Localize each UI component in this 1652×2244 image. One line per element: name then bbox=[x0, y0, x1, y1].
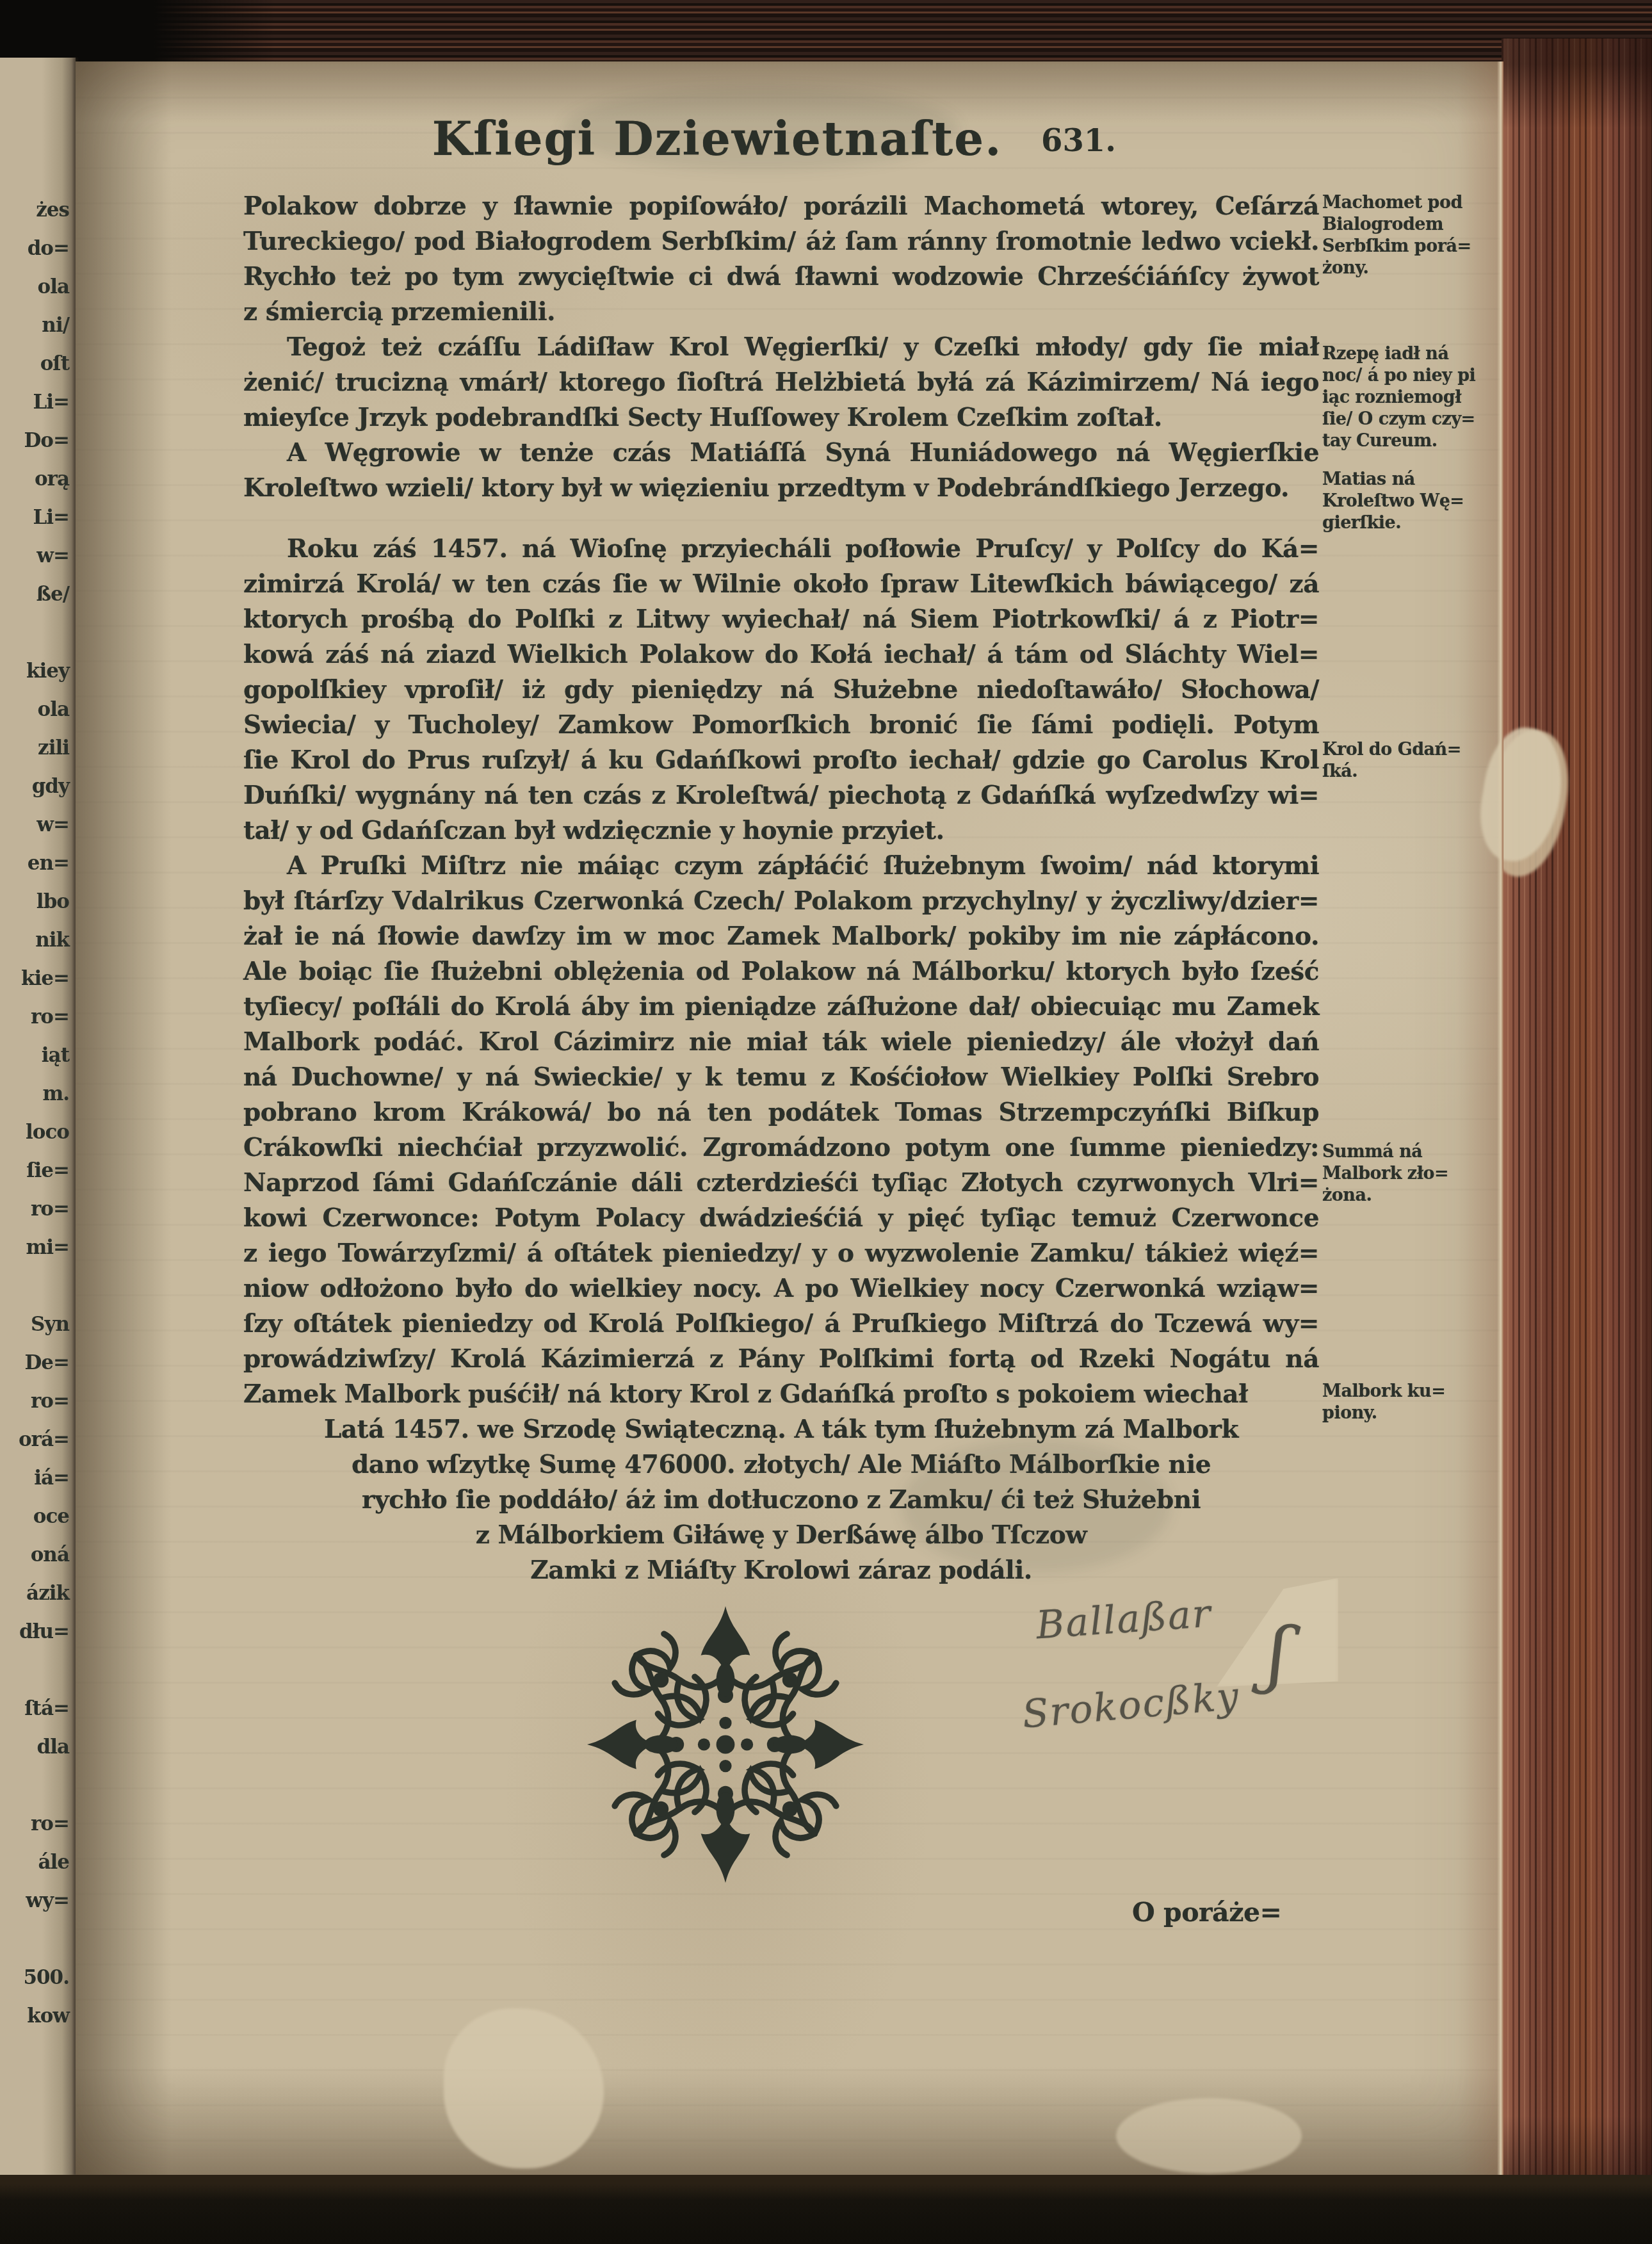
left-page-text-fragment: ni/ bbox=[0, 306, 76, 345]
left-page-text-fragment: ſtá= bbox=[0, 1689, 76, 1728]
body-text-line: gopolſkiey vproſił/ iż gdy pieniędzy ná … bbox=[243, 672, 1319, 708]
left-page-text-fragment: oná bbox=[0, 1536, 76, 1574]
body-text-line: dano wſzytkę Sumę 476000. złotych/ Ale M… bbox=[243, 1447, 1319, 1483]
margin-note: Machomet pod Bialogrodem Serbſkim porá= … bbox=[1322, 192, 1471, 279]
body-text-line: z śmiercią przemienili. bbox=[243, 295, 1319, 330]
body-text-line: był ſtárſzy Vdalrikus Czerwonká Czech/ P… bbox=[243, 884, 1319, 919]
book-bottom-shadow bbox=[0, 2175, 1652, 2244]
body-text-line: Ale boiąc ſie ſłużebni oblężenia od Pola… bbox=[243, 954, 1319, 989]
body-text-line: z iego Towárzyſzmi/ á oſtátek pieniedzy/… bbox=[243, 1236, 1319, 1271]
body-text-line: Malbork podáć. Krol Cázimirz nie miał tá… bbox=[243, 1025, 1319, 1060]
body-text-line: ſie Krol do Prus ruſzył/ á ku Gdańſkowi … bbox=[243, 743, 1319, 778]
body-text-line: Rychło też po tym zwycięſtwie ci dwá ſła… bbox=[243, 259, 1319, 295]
paper-repair-patch bbox=[1116, 2098, 1302, 2174]
left-page-text-fragment: w= bbox=[0, 537, 76, 575]
body-text-line: Zamki z Miáſty Krolowi záraz podáli. bbox=[243, 1553, 1319, 1588]
left-page-text-fragment: oſt bbox=[0, 345, 76, 383]
left-page-text-fragment: Do= bbox=[0, 421, 76, 460]
margin-note: Krol do Gdań= ſká. bbox=[1322, 739, 1461, 783]
body-text-line: mieyſce Jrzyk podebrandſki Secty Huſſowe… bbox=[243, 400, 1319, 435]
facing-page-text-fragments: żesdo=olani/oſtLi=Do=orąLi=w=ße/kieyolaz… bbox=[0, 58, 76, 2035]
left-page-text-fragment: 500. bbox=[0, 1958, 76, 1997]
left-page-text-fragment: ola bbox=[0, 690, 76, 729]
body-text-line: żał ie ná ſłowie dawſzy im w moc Zamek M… bbox=[243, 919, 1319, 954]
body-text-line: A Węgrowie w tenże czás Matiáſſá Syná Hu… bbox=[243, 435, 1319, 471]
left-page-text-fragment: ro= bbox=[0, 1382, 76, 1420]
left-page-text-fragment: ße/ bbox=[0, 575, 76, 614]
body-text-line: ſzy oſtátek pieniedzy od Krolá Polſkiego… bbox=[243, 1306, 1319, 1342]
left-page-text-fragment: Li= bbox=[0, 498, 76, 537]
body-text-line: niow odłożono było do wielkiey nocy. A p… bbox=[243, 1271, 1319, 1306]
handwritten-signature-line2: Srokocßky bbox=[1021, 1673, 1242, 1737]
left-page-text-fragment: nik bbox=[0, 921, 76, 959]
body-text-line: Naprzod ſámi Gdańſczánie dáli czterdzieś… bbox=[243, 1166, 1319, 1201]
body-text-line: Crákowſki niechćiał przyzwolić. Zgromádz… bbox=[243, 1130, 1319, 1166]
left-page-text-fragment: lbo bbox=[0, 882, 76, 921]
body-text-line: Polakow dobrze y ſławnie popiſowáło/ por… bbox=[243, 189, 1319, 224]
left-page-text-fragment: dłu= bbox=[0, 1613, 76, 1651]
body-text-line: tał/ y od Gdańſczan był wdzięcznie y hoy… bbox=[243, 813, 1319, 849]
left-page-text-fragment: mi= bbox=[0, 1228, 76, 1267]
margin-note: Summá ná Malbork zło= żona. bbox=[1322, 1141, 1448, 1207]
body-text-line: rychło ſie poddáło/ áż im dotłuczono z Z… bbox=[243, 1483, 1319, 1518]
book-top-page-edges bbox=[0, 0, 1652, 61]
left-page-text-fragment: ro= bbox=[0, 1190, 76, 1228]
left-page-text-fragment bbox=[0, 1920, 76, 1958]
margin-note: Malbork ku= piony. bbox=[1322, 1381, 1445, 1424]
left-page-text-fragment bbox=[0, 1766, 76, 1805]
left-page-text-fragment: loco bbox=[0, 1113, 76, 1151]
facing-page-sliver: żesdo=olani/oſtLi=Do=orąLi=w=ße/kieyolaz… bbox=[0, 58, 76, 2175]
body-text-line: prowádziwſzy/ Krolá Kázimierzá z Pány Po… bbox=[243, 1342, 1319, 1377]
body-text-line: zimirzá Krolá/ w ten czás ſie w Wilnie o… bbox=[243, 567, 1319, 602]
handwritten-signature-line1: Ballaßar bbox=[1035, 1591, 1213, 1648]
body-text-line: Latá 1457. we Srzodę Swiąteczną. A ták t… bbox=[243, 1412, 1319, 1447]
left-page-text-fragment: en= bbox=[0, 844, 76, 882]
left-page-text-fragment: orá= bbox=[0, 1420, 76, 1459]
left-page-text-fragment: De= bbox=[0, 1344, 76, 1382]
body-text-line: Tureckiego/ pod Białogrodem Serbſkim/ áż… bbox=[243, 224, 1319, 259]
left-page-text-fragment: Syn bbox=[0, 1305, 76, 1344]
left-page-text-fragment: kiey bbox=[0, 652, 76, 690]
body-text-line: kowá záś ná ziazd Wielkich Polakow do Ko… bbox=[243, 637, 1319, 672]
page-right-edge-highlight bbox=[1497, 61, 1503, 2175]
left-page-text-fragment: iąt bbox=[0, 1036, 76, 1075]
book-page: Kſiegi Dziewietnaſte. 631. Polakow dobrz… bbox=[76, 61, 1502, 2175]
body-text-column: Polakow dobrze y ſławnie popiſowáło/ por… bbox=[243, 189, 1319, 1588]
body-text-line: Roku záś 1457. ná Wioſnę przyiecháli poſ… bbox=[243, 532, 1319, 567]
left-page-text-fragment: orą bbox=[0, 460, 76, 498]
left-page-text-fragment: w= bbox=[0, 806, 76, 844]
left-page-text-fragment: ále bbox=[0, 1843, 76, 1882]
left-page-text-fragment bbox=[0, 614, 76, 652]
left-page-text-fragment: kow bbox=[0, 1997, 76, 2035]
body-text-line: tyſiecy/ poſłáli do Krolá áby im pieniąd… bbox=[243, 989, 1319, 1025]
book-fore-edge-pages bbox=[1502, 38, 1652, 2244]
left-page-text-fragment: ola bbox=[0, 268, 76, 306]
left-page-text-fragment: do= bbox=[0, 229, 76, 268]
body-text-line: pobrano krom Krákowá/ bo ná ten podátek … bbox=[243, 1095, 1319, 1130]
left-page-text-fragment: ro= bbox=[0, 998, 76, 1036]
left-page-text-fragment: gdy bbox=[0, 767, 76, 806]
body-text-line: żenić/ trucizną vmárł/ ktorego ſioſtrá H… bbox=[243, 365, 1319, 400]
left-page-text-fragment: wy= bbox=[0, 1882, 76, 1920]
printer-ornament-fleuron bbox=[572, 1584, 879, 1905]
left-page-text-fragment: oce bbox=[0, 1497, 76, 1536]
margin-note: Rzepę iadł ná noc/ á po niey pi iąc rozn… bbox=[1322, 343, 1475, 452]
page-number: 631. bbox=[1041, 123, 1116, 159]
left-page-text-fragment: Li= bbox=[0, 383, 76, 421]
body-text-line: A Pruſki Miſtrz nie máiąc czym zápłáćić … bbox=[243, 849, 1319, 884]
body-text-line: ná Duchowne/ y ná Swieckie/ y k temu z K… bbox=[243, 1060, 1319, 1095]
left-page-text-fragment: kie= bbox=[0, 959, 76, 998]
left-page-text-fragment: m. bbox=[0, 1075, 76, 1113]
left-page-text-fragment: ázik bbox=[0, 1574, 76, 1613]
body-text-line: ktorych prośbą do Polſki z Litwy wyiecha… bbox=[243, 602, 1319, 637]
left-page-text-fragment bbox=[0, 1651, 76, 1689]
left-page-text-fragment: zili bbox=[0, 729, 76, 767]
left-page-text-fragment: ro= bbox=[0, 1805, 76, 1843]
catchword: O poráże= bbox=[1132, 1897, 1281, 1928]
margin-note: Matias ná Kroleſtwo Wę= gierſkie. bbox=[1322, 469, 1464, 534]
left-page-text-fragment: iá= bbox=[0, 1459, 76, 1497]
body-text-line: Duńſki/ wygnány ná ten czás z Kroleſtwá/… bbox=[243, 778, 1319, 813]
body-text-line: kowi Czerwonce: Potym Polacy dwádzieśćiá… bbox=[243, 1201, 1319, 1236]
left-page-text-fragment bbox=[0, 1267, 76, 1305]
body-text-line: Kroleſtwo wzieli/ ktory był w więzieniu … bbox=[243, 471, 1319, 506]
body-text-line: z Málborkiem Giłáwę y Derßáwę álbo Tſczo… bbox=[243, 1518, 1319, 1553]
paper-repair-patch bbox=[444, 2008, 604, 2168]
left-page-text-fragment: dla bbox=[0, 1728, 76, 1766]
body-text-line: Zamek Malbork puśćił/ ná ktory Krol z Gd… bbox=[243, 1377, 1319, 1412]
body-text-line: Tegoż też czáſſu Ládiſław Krol Węgierſki… bbox=[243, 330, 1319, 365]
left-page-text-fragment: żes bbox=[0, 191, 76, 229]
body-text-line: Swiecia/ y Tucholey/ Zamkow Pomorſkich b… bbox=[243, 708, 1319, 743]
left-page-text-fragment: ſie= bbox=[0, 1151, 76, 1190]
